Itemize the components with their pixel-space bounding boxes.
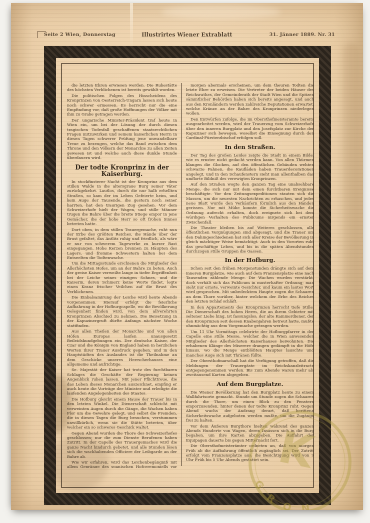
article-paragraph: Die Obersthofmeisterämter ordneten an, d… (186, 444, 314, 463)
newspaper-page: Seite 2 Wien, Donnerstag Illustrirtes Wi… (11, 3, 363, 510)
article-column-left: die letzten Ehren erwiesen werden. Die R… (67, 83, 177, 468)
masthead-title: Illustrirtes Wiener Extrablatt (142, 32, 233, 38)
article-paragraph: Se. Majestät der Kaiser hat trotz des fu… (67, 368, 177, 396)
article-paragraph: Die Hofburg gleicht einem Hause der Trau… (67, 397, 177, 430)
article-paragraph: Den Entwürfen zufolge, die im Obersthofm… (186, 117, 314, 141)
article-paragraph: Die politischen Folgen des Hinscheidens … (67, 93, 177, 117)
article-paragraph: Auf den Straßen wogte den ganzen Tag ein… (186, 182, 314, 224)
scan-background: Seite 2 Wien, Donnerstag Illustrirtes Wi… (0, 0, 370, 523)
article-paragraph: Der Obersthofmarschall hat die Verfügung… (186, 359, 314, 378)
column-divider (177, 83, 186, 466)
article-body: die letzten Ehren erwiesen werden. Die R… (67, 83, 314, 468)
fold-crease (130, 3, 133, 49)
article-paragraph: Dort oben, in dem stillen Trauergemache,… (67, 227, 177, 260)
article-paragraph: Gegen Abend wurden die Thore des Schweiz… (67, 431, 177, 459)
article-headline: In der Hofburg. (186, 257, 314, 264)
article-paragraph: Um 11 Uhr Vormittags celebrirte der Hofb… (186, 329, 314, 357)
article-paragraph: Um die Mittagsstunde erschienen die Mitg… (67, 261, 177, 294)
article-headline: In den Straßen. (186, 144, 314, 151)
issue-date-number: 31. Jänner 1889. Nr. 31 (269, 32, 335, 38)
article-paragraph: Wie wir erfahren, wird das Leichenbegäng… (67, 460, 177, 468)
article-paragraph: Schon seit den frühen Morgenstunden drän… (186, 266, 314, 304)
column-text: die letzten Ehren erwiesen werden. Die R… (67, 83, 177, 468)
article-headline: Der todte Kronprinz in der Kaiserburg. (67, 164, 177, 177)
article-paragraph: Der Tag des großen Leides zeigte die Sta… (186, 153, 314, 181)
running-head: Seite 2 Wien, Donnerstag Illustrirtes Wi… (11, 29, 363, 42)
article-paragraph: Der ungarische Minister-Präsident traf h… (67, 118, 177, 160)
column-text: morgen abermals erscheinen, um dem theur… (186, 83, 314, 462)
article-paragraph: Die Theater bleiben bis auf Weiteres ges… (186, 225, 314, 253)
paper-stain (343, 43, 359, 373)
article-column-right: morgen abermals erscheinen, um dem theur… (186, 83, 314, 468)
article-paragraph: Die Einbalsamirung der Leiche wird heute… (67, 295, 177, 328)
article-paragraph: In den Appartements des Kronprinzen herr… (186, 305, 314, 329)
paper-stain (161, 5, 281, 19)
article-paragraph: die letzten Ehren erwiesen werden. Die R… (67, 83, 177, 92)
article-headline: Auf dem Burgplatze. (186, 381, 314, 388)
article-paragraph: Aus allen Theilen der Monarchie und von … (67, 329, 177, 367)
article-paragraph: Vor dem Äußeren Burgthore hielten währen… (186, 424, 314, 443)
article-paragraph: In stockfinsterer Nacht ist der Kronprin… (67, 179, 177, 226)
page-number-dateline: Seite 2 Wien, Donnerstag (44, 32, 116, 38)
article-paragraph: morgen abermals erscheinen, um dem theur… (186, 83, 314, 116)
article-paragraph: Die Wiener Bevölkerung hat den Burgplatz… (186, 390, 314, 423)
